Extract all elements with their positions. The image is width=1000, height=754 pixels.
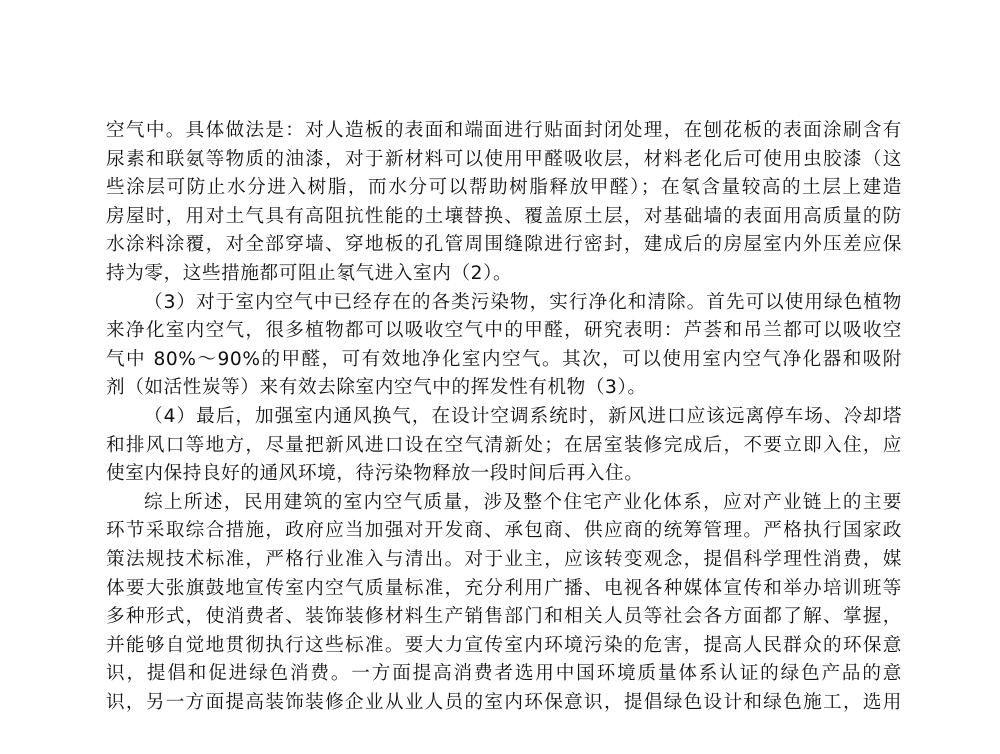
- text-line: 些涂层可防止水分进入树脂，而水分可以帮助树脂释放甲醛）；在氡含量较高的土层上建造: [106, 174, 902, 203]
- text-line: 房屋时，用对土气具有高阻抗性能的土壤替换、覆盖原土层，对基础墙的表面用高质量的防: [106, 203, 902, 232]
- text-line: 体要大张旗鼓地宣传室内空气质量标准，充分利用广播、电视各种媒体宣传和举办培训班等: [106, 575, 902, 604]
- document-page: 空气中。具体做法是：对人造板的表面和端面进行贴面封闭处理，在刨花板的表面涂刷含有…: [106, 117, 902, 717]
- text-line: 尿素和联氨等物质的油漆，对于新材料可以使用甲醛吸收层，材料老化后可使用虫胶漆（这: [106, 146, 902, 175]
- text-line: 和排风口等地方，尽量把新风进口设在空气清新处；在居室装修完成后，不要立即入住，应: [106, 432, 902, 461]
- text-line: 使室内保持良好的通风环境，待污染物释放一段时间后再入住。: [106, 460, 902, 489]
- text-line: 环节采取综合措施，政府应当加强对开发商、承包商、供应商的统筹管理。严格执行国家政: [106, 517, 902, 546]
- text-line: 策法规技术标准，严格行业准入与清出。对于业主，应该转变观念，提倡科学理性消费，媒: [106, 546, 902, 575]
- paragraph-summary: 综上所述，民用建筑的室内空气质量，涉及整个住宅产业化体系，应对产业链上的主要 环…: [106, 489, 902, 718]
- text-line: 气中 80%～90%的甲醛，可有效地净化室内空气。其次，可以使用室内空气净化器和…: [106, 346, 902, 375]
- text-line: （3）对于室内空气中已经存在的各类污染物，实行净化和清除。首先可以使用绿色植物: [106, 289, 902, 318]
- text-line: （4）最后，加强室内通风换气，在设计空调系统时，新风进口应该远离停车场、冷却塔: [106, 403, 902, 432]
- text-line: 持为零，这些措施都可阻止氡气进入室内（2）。: [106, 260, 902, 289]
- paragraph-item-3-purification: （3）对于室内空气中已经存在的各类污染物，实行净化和清除。首先可以使用绿色植物 …: [106, 289, 902, 403]
- text-line: 识，提倡和促进绿色消费。一方面提高消费者选用中国环境质量体系认证的绿色产品的意: [106, 660, 902, 689]
- text-line: 并能够自觉地贯彻执行这些标准。要大力宣传室内环境污染的危害，提高人民群众的环保意: [106, 632, 902, 661]
- text-line: 来净化室内空气，很多植物都可以吸收空气中的甲醛，研究表明：芦荟和吊兰都可以吸收空: [106, 317, 902, 346]
- text-line: 多种形式，使消费者、装饰装修材料生产销售部门和相关人员等社会各方面都了解、掌握，: [106, 603, 902, 632]
- text-line: 综上所述，民用建筑的室内空气质量，涉及整个住宅产业化体系，应对产业链上的主要: [106, 489, 902, 518]
- paragraph-radon-prevention: 空气中。具体做法是：对人造板的表面和端面进行贴面封闭处理，在刨花板的表面涂刷含有…: [106, 117, 902, 289]
- paragraph-item-4-ventilation: （4）最后，加强室内通风换气，在设计空调系统时，新风进口应该远离停车场、冷却塔 …: [106, 403, 902, 489]
- text-line: 剂（如活性炭等）来有效去除室内空气中的挥发性有机物（3）。: [106, 374, 902, 403]
- text-line: 水涂料涂覆，对全部穿墙、穿地板的孔管周围缝隙进行密封，建成后的房屋室内外压差应保: [106, 231, 902, 260]
- text-line: 识，另一方面提高装饰装修企业从业人员的室内环保意识，提倡绿色设计和绿色施工，选用: [106, 689, 902, 718]
- text-line: 空气中。具体做法是：对人造板的表面和端面进行贴面封闭处理，在刨花板的表面涂刷含有: [106, 117, 902, 146]
